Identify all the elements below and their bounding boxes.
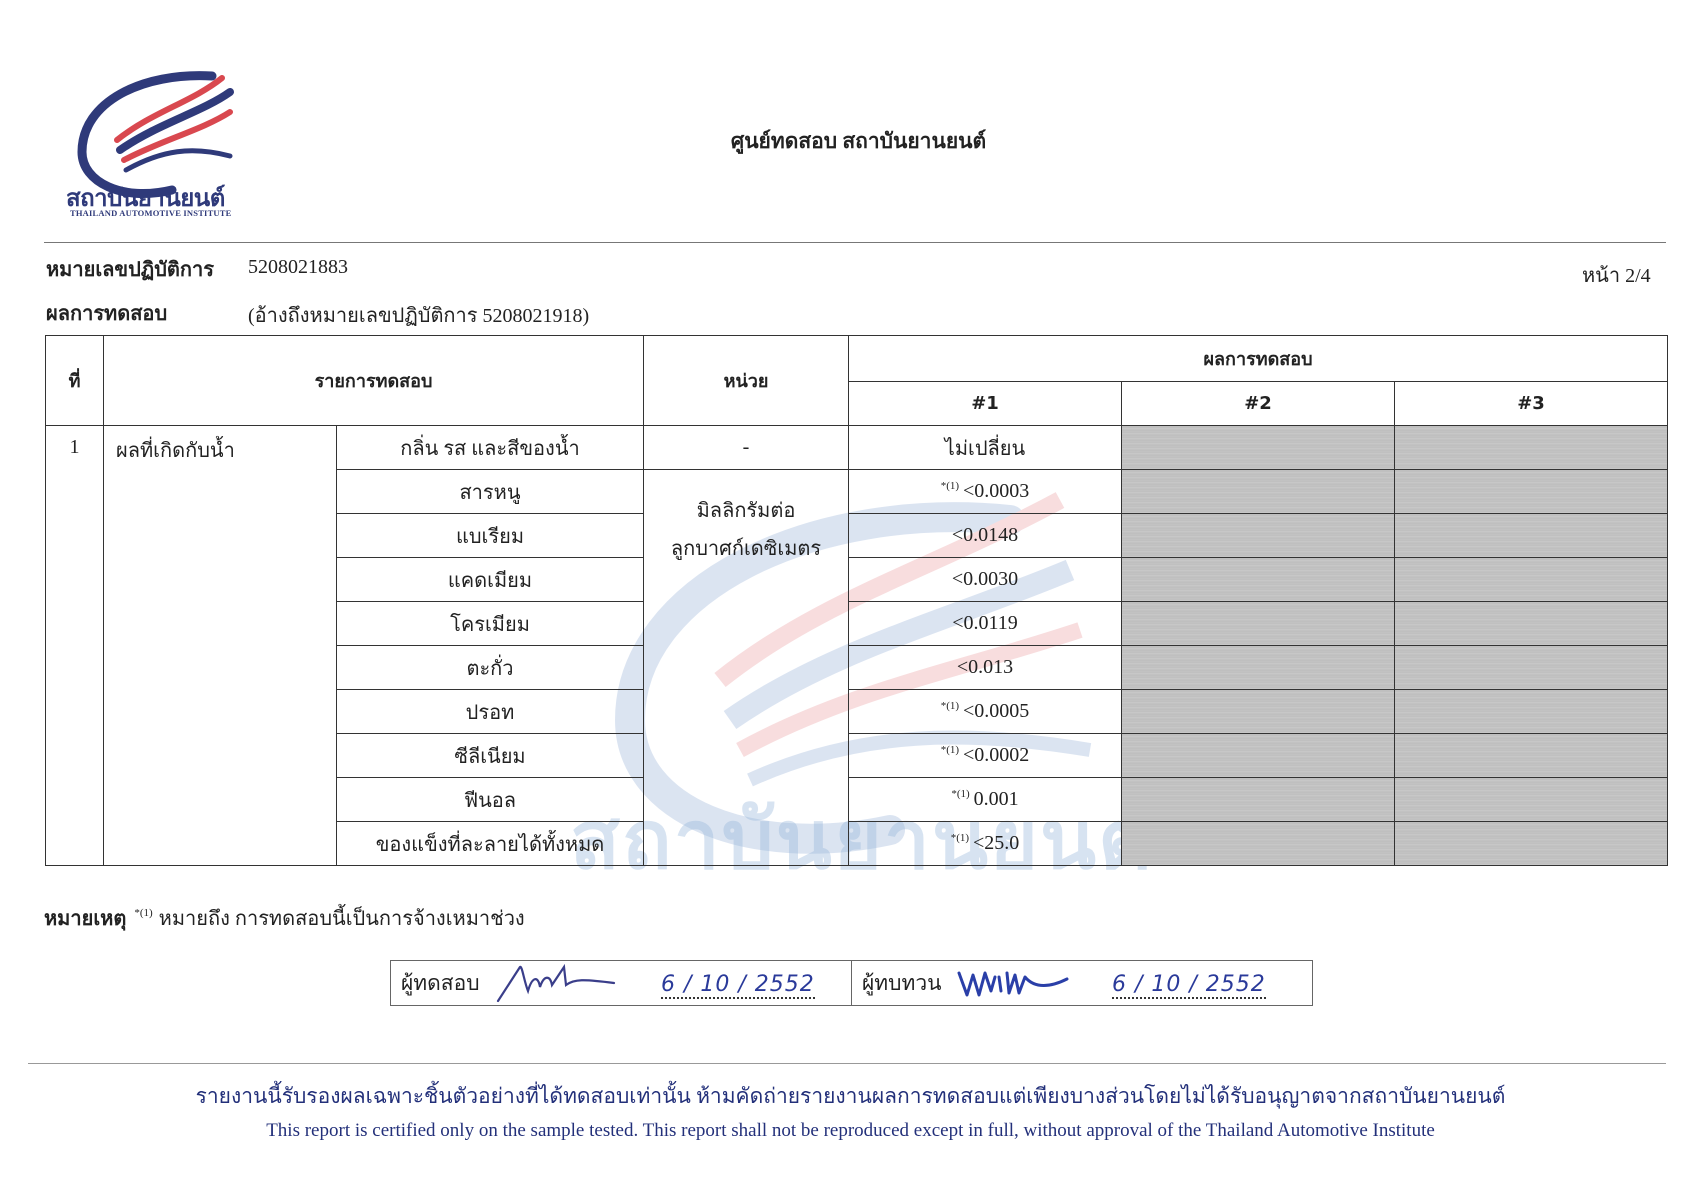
table-row: 1 ผลที่เกิดกับน้ำ กลิ่น รส และสีของน้ำ -… xyxy=(46,426,1668,470)
shared-unit: มิลลิกรัมต่อ ลูกบาศก์เดซิเมตร xyxy=(644,470,849,866)
header-sample-1: #1 xyxy=(849,382,1122,426)
test-item: ฟีนอล xyxy=(337,778,644,822)
redacted-result-sample-2 xyxy=(1122,514,1395,558)
redacted-result-sample-2 xyxy=(1122,426,1395,470)
result-sample-1: <0.0119 xyxy=(849,602,1122,646)
request-number-label: หมายเลขปฏิบัติการ xyxy=(46,253,214,285)
result-sample-1: *(1)<0.0005 xyxy=(849,690,1122,734)
disclaimer-english: This report is certified only on the sam… xyxy=(0,1120,1701,1142)
logo-name-english: THAILAND AUTOMOTIVE INSTITUTE xyxy=(70,208,232,218)
header-test-items: รายการทดสอบ xyxy=(104,336,644,426)
result-value: 0.001 xyxy=(974,788,1019,810)
group-number: 1 xyxy=(46,426,104,866)
reviewer-signature-block: ผู้ทบทวน 6 / 10 / 2552 xyxy=(851,961,1312,1005)
tester-label: ผู้ทดสอบ xyxy=(401,967,480,1000)
redacted-result-sample-3 xyxy=(1395,470,1668,514)
redacted-result-sample-2 xyxy=(1122,646,1395,690)
result-sample-1: <0.0030 xyxy=(849,558,1122,602)
test-item: แบเรียม xyxy=(337,514,644,558)
footnote-marker: *(1) xyxy=(941,700,959,712)
header-sample-3: #3 xyxy=(1395,382,1668,426)
result-value: <0.0005 xyxy=(963,700,1029,722)
results-label: ผลการทดสอบ xyxy=(46,297,167,329)
redacted-result-sample-2 xyxy=(1122,602,1395,646)
result-sample-1: *(1)<0.0003 xyxy=(849,470,1122,514)
note-marker: *(1) xyxy=(134,907,152,919)
redacted-result-sample-2 xyxy=(1122,690,1395,734)
result-value: <25.0 xyxy=(973,832,1019,854)
redacted-result-sample-3 xyxy=(1395,690,1668,734)
redacted-result-sample-3 xyxy=(1395,646,1668,690)
result-sample-1: ไม่เปลี่ยน xyxy=(849,426,1122,470)
test-item: สารหนู xyxy=(337,470,644,514)
test-item: แคดเมียม xyxy=(337,558,644,602)
footnote-marker: *(1) xyxy=(941,744,959,756)
header-sample-2: #2 xyxy=(1122,382,1395,426)
group-name: ผลที่เกิดกับน้ำ xyxy=(104,426,337,866)
reviewer-date: 6 / 10 / 2552 xyxy=(1112,972,1266,999)
test-item: ซีลีเนียม xyxy=(337,734,644,778)
test-results-table: ที่ รายการทดสอบ หน่วย ผลการทดสอบ #1 #2 #… xyxy=(45,335,1668,866)
disclaimer-thai: รายงานนี้รับรองผลเฉพาะชิ้นตัวอย่างที่ได้… xyxy=(0,1080,1701,1113)
header-divider xyxy=(44,242,1666,243)
footnote-marker: *(1) xyxy=(951,788,969,800)
test-item: โครเมียม xyxy=(337,602,644,646)
redacted-result-sample-2 xyxy=(1122,558,1395,602)
tester-date: 6 / 10 / 2552 xyxy=(661,972,815,999)
test-item: ปรอท xyxy=(337,690,644,734)
redacted-result-sample-3 xyxy=(1395,514,1668,558)
document-title: ศูนย์ทดสอบ สถาบันยานยนต์ xyxy=(0,125,1701,158)
result-sample-1: *(1)<0.0002 xyxy=(849,734,1122,778)
reviewer-label: ผู้ทบทวน xyxy=(862,967,941,1000)
document-title-text: ศูนย์ทดสอบ สถาบันยานยนต์ xyxy=(731,125,986,158)
note-text: หมายถึง การทดสอบนี้เป็นการจ้างเหมาช่วง xyxy=(159,908,525,930)
redacted-result-sample-3 xyxy=(1395,734,1668,778)
result-value: <0.0002 xyxy=(963,744,1029,766)
test-item: กลิ่น รส และสีของน้ำ xyxy=(337,426,644,470)
footnote-marker: *(1) xyxy=(951,832,969,844)
redacted-result-sample-3 xyxy=(1395,822,1668,866)
result-sample-1: <0.013 xyxy=(849,646,1122,690)
test-item: ตะกั่ว xyxy=(337,646,644,690)
redacted-result-sample-2 xyxy=(1122,470,1395,514)
unit-line-2: ลูกบาศก์เดซิเมตร xyxy=(644,526,848,572)
redacted-result-sample-2 xyxy=(1122,822,1395,866)
footnote: หมายเหตุ*(1)หมายถึง การทดสอบนี้เป็นการจ้… xyxy=(44,902,525,934)
result-sample-1: *(1)0.001 xyxy=(849,778,1122,822)
note-label: หมายเหตุ xyxy=(44,908,126,930)
redacted-result-sample-3 xyxy=(1395,602,1668,646)
signature-box: ผู้ทดสอบ 6 / 10 / 2552 ผู้ทบทวน 6 / 10 /… xyxy=(390,960,1313,1006)
footnote-marker: *(1) xyxy=(941,480,959,492)
redacted-result-sample-3 xyxy=(1395,426,1668,470)
redacted-result-sample-3 xyxy=(1395,778,1668,822)
redacted-result-sample-3 xyxy=(1395,558,1668,602)
results-reference: (อ้างถึงหมายเลขปฏิบัติการ 5208021918) xyxy=(248,299,589,331)
reviewer-signature-icon xyxy=(955,963,1075,1003)
redacted-result-sample-2 xyxy=(1122,778,1395,822)
unit-cell: - xyxy=(644,426,849,470)
header-unit: หน่วย xyxy=(644,336,849,426)
header-no: ที่ xyxy=(46,336,104,426)
header-results: ผลการทดสอบ xyxy=(849,336,1668,382)
result-sample-1: *(1)<25.0 xyxy=(849,822,1122,866)
result-sample-1: <0.0148 xyxy=(849,514,1122,558)
redacted-result-sample-2 xyxy=(1122,734,1395,778)
page-number: หน้า 2/4 xyxy=(1582,259,1651,291)
tester-signature-icon xyxy=(494,961,634,1005)
tester-signature-block: ผู้ทดสอบ 6 / 10 / 2552 xyxy=(391,961,851,1005)
result-value: <0.0003 xyxy=(963,480,1029,502)
request-number-value: 5208021883 xyxy=(248,256,348,279)
footer-divider xyxy=(28,1063,1666,1064)
test-item: ของแข็งที่ละลายได้ทั้งหมด xyxy=(337,822,644,866)
